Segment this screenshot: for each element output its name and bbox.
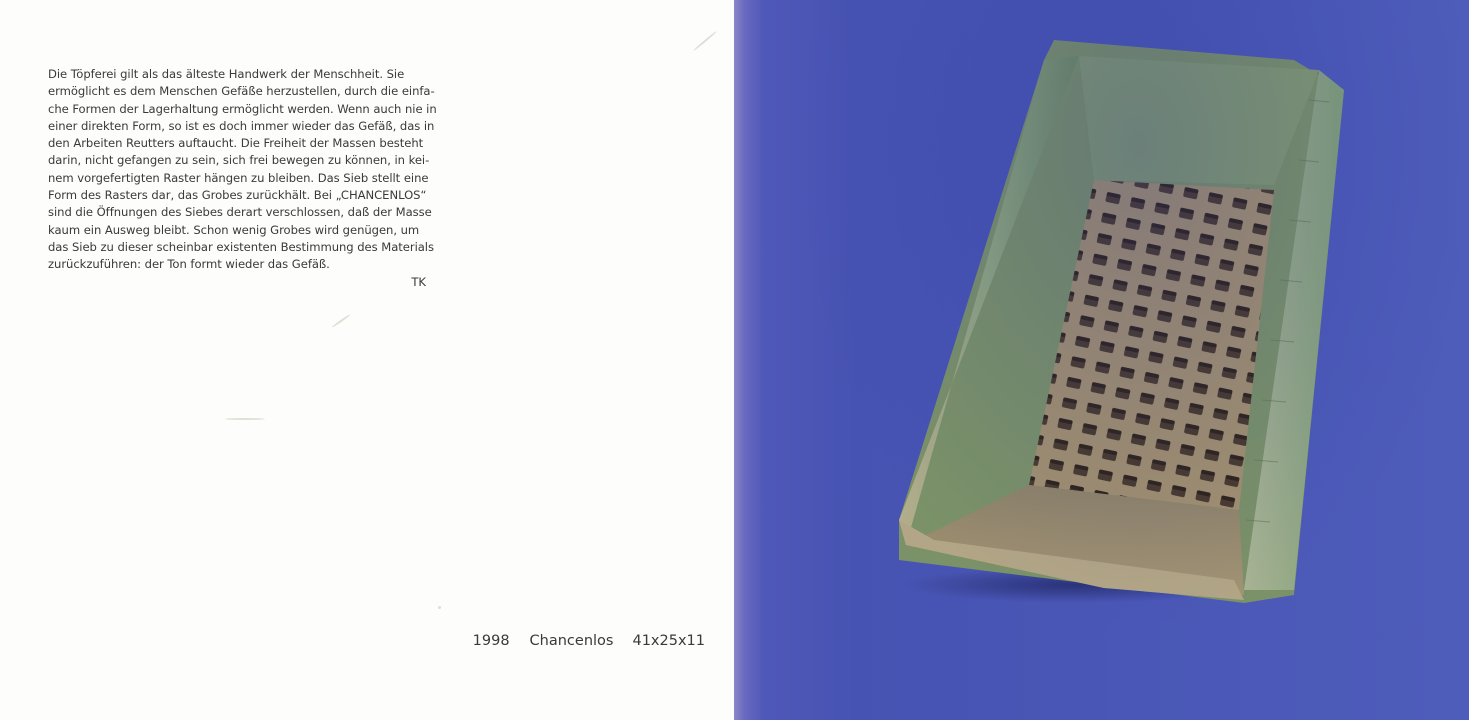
right-page-photo	[734, 0, 1469, 720]
caption-title: Chancenlos	[530, 633, 614, 649]
paper-speck	[331, 314, 350, 328]
essay-line: zurückzuführen: der Ton formt wieder das…	[48, 256, 426, 273]
caption-dimensions: 41x25x11	[632, 633, 705, 649]
essay-line: kaum ein Ausweg bleibt. Schon wenig Grob…	[48, 222, 426, 239]
caption-year: 1998	[473, 633, 510, 649]
ceramic-sieve-image	[734, 0, 1469, 720]
essay-line: den Arbeiten Reutters auftaucht. Die Fre…	[48, 135, 426, 152]
essay-line: das Sieb zu dieser scheinbar existenten …	[48, 239, 426, 256]
author-initials: TK	[400, 275, 426, 289]
essay-text: Die Töpferei gilt als das älteste Handwe…	[48, 66, 426, 274]
essay-line: darin, nicht gefangen zu sein, sich frei…	[48, 152, 426, 169]
paper-speck	[438, 606, 441, 609]
essay-line: Die Töpferei gilt als das älteste Handwe…	[48, 66, 426, 83]
essay-line: sind die Öffnungen des Siebes derart ver…	[48, 204, 426, 221]
essay-line: einer direkten Form, so ist es doch imme…	[48, 118, 426, 135]
book-spread: Die Töpferei gilt als das älteste Handwe…	[0, 0, 1469, 720]
essay-line: Form des Rasters dar, das Grobes zurückh…	[48, 187, 426, 204]
essay-line: che Formen der Lagerhaltung ermöglicht w…	[48, 101, 426, 118]
paper-speck	[225, 418, 265, 420]
essay-line: ermöglicht es dem Menschen Gefäße herzus…	[48, 83, 426, 100]
essay-line: nem vorgefertigten Raster hängen zu blei…	[48, 170, 426, 187]
paper-speck	[693, 31, 717, 52]
left-page: Die Töpferei gilt als das älteste Handwe…	[0, 0, 734, 720]
artwork-caption: 1998 Chancenlos 41x25x11	[473, 633, 705, 649]
